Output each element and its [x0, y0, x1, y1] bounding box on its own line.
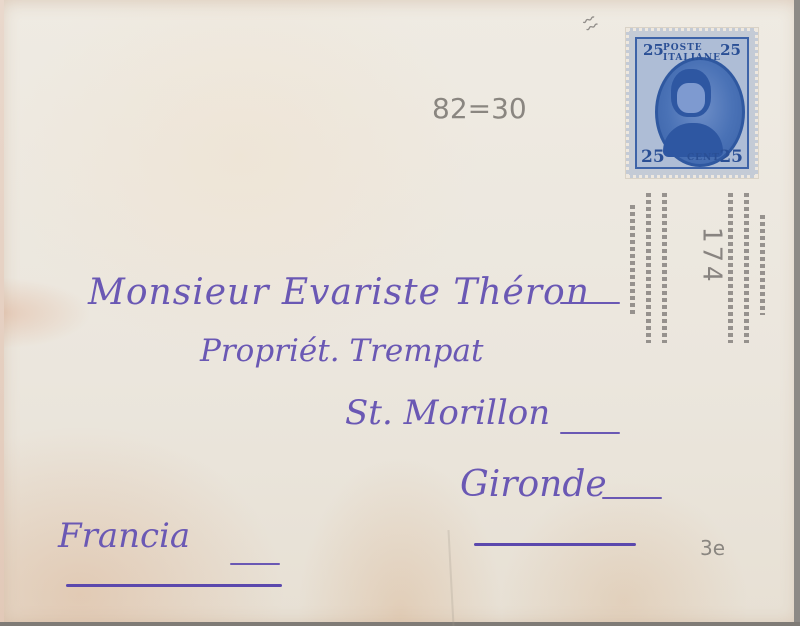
envelope-left-edge: [0, 0, 4, 626]
address-line-recipient: Monsieur Evariste Théron: [88, 272, 590, 313]
postmark-bar: [630, 205, 635, 315]
postmark-bar: [760, 215, 765, 315]
postmark-bar: [744, 193, 749, 343]
underline-department: [474, 543, 636, 546]
stamp-frame: POSTE ITALIANE 25 25 25 25 CENT: [635, 37, 749, 169]
address-line-department: Gironde: [460, 464, 607, 505]
numeral-postmark: 174: [630, 185, 770, 345]
paper-fold: [447, 530, 454, 626]
postage-stamp: POSTE ITALIANE 25 25 25 25 CENT: [626, 28, 758, 178]
pen-flourish: [602, 497, 662, 499]
underline-country: [66, 584, 282, 587]
background-bottom-edge: [0, 622, 800, 626]
pencil-note-top: 82=30: [432, 92, 527, 125]
address-line-town: St. Morillon: [345, 393, 550, 433]
address-line-property: Propriét. Trempat: [200, 333, 483, 369]
stamp-value-top-left: 25: [643, 41, 664, 59]
postmark-partial-top: ⌇⌇: [578, 12, 602, 34]
stamp-value-bottom-left: 25: [641, 147, 665, 167]
background-right-edge: [794, 0, 800, 626]
pen-flourish: [230, 563, 280, 565]
stamp-denomination-text: CENT: [687, 153, 720, 163]
pencil-note-bottom-right: 3e: [700, 536, 725, 560]
postmark-bar: [662, 193, 667, 343]
stamp-value-top-right: 25: [720, 41, 741, 59]
stamp-portrait-face: [677, 83, 705, 113]
postmark-bar: [728, 193, 733, 343]
pen-flourish: [560, 432, 620, 434]
pen-flourish: [560, 302, 620, 304]
address-line-country: Francia: [58, 516, 190, 556]
envelope: ⌇⌇ POSTE ITALIANE 25 25 25 25 CENT 174 8…: [0, 0, 800, 626]
postmark-number: 174: [696, 227, 726, 286]
stamp-value-bottom-right: 25: [719, 147, 743, 167]
postmark-bar: [646, 193, 651, 343]
